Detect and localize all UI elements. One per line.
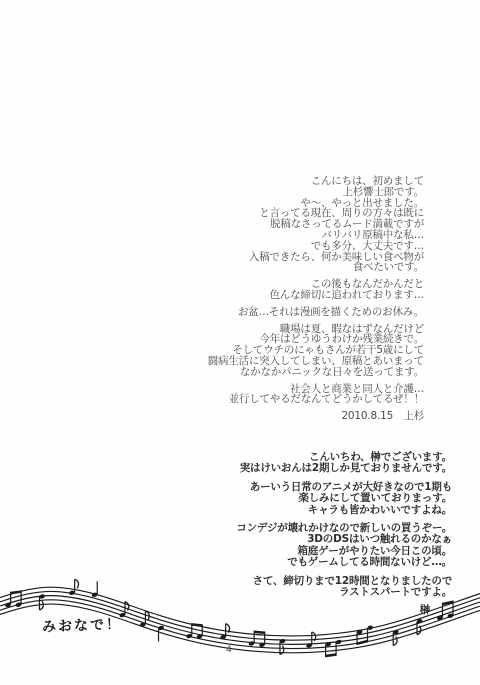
music-note-icon: [279, 638, 286, 654]
text-line: でも多分、大丈夫です…: [208, 241, 424, 252]
text-line: キャラも皆かわいいですよね。: [236, 505, 452, 516]
text-line: お盆…それは漫画を描くためのお休み。: [208, 307, 424, 318]
paragraph: こんいちわ、榊でございます。実はけいおんは2期しか見ておりませんです。: [236, 452, 452, 475]
beamed-notes-icon: [186, 623, 203, 639]
text-line: 楽しみにして置いておりまっす。: [236, 493, 452, 504]
text-line: 実はけいおんは2期しか見ておりませんです。: [236, 463, 452, 474]
text-line: 上杉響士郎です。: [208, 187, 424, 198]
music-note-icon: [392, 629, 399, 645]
music-note-icon: [69, 579, 79, 595]
paragraph: 社会人と商業と同人と介護…並行してやるだなんてどうかしてるぜ！！: [208, 384, 424, 406]
paragraph: 2010.8.15 上杉: [208, 411, 424, 422]
paragraph: こんにちは、初めまして上杉響士郎です。や〜、やっと出せました。と言ってる現在、周…: [208, 176, 424, 273]
paragraph: あーいう日常のアニメが大好きなので1期も楽しみにして置いておりまっす。キャラも皆…: [236, 482, 452, 516]
page-number: 4: [226, 645, 232, 655]
doujinshi-afterword-page: こんにちは、初めまして上杉響士郎です。や〜、やっと出せました。と言ってる現在、周…: [0, 0, 480, 685]
music-note-icon: [91, 581, 98, 597]
music-note-icon: [220, 624, 230, 640]
text-line: 色んな締切に追われております…: [208, 290, 424, 301]
paragraph: 職場は夏、暇なはずなんだけど今年はどうゆうわけか残業続きで。そしてウチのにゃもさ…: [208, 324, 424, 378]
text-line: 並行してやるだなんてどうかしてるぜ！！: [208, 394, 424, 405]
text-line: 食べたいです。: [208, 262, 424, 273]
uesugi-message: こんにちは、初めまして上杉響士郎です。や〜、やっと出せました。と言ってる現在、周…: [208, 176, 424, 428]
text-line: 2010.8.15 上杉: [208, 411, 424, 422]
music-note-icon: [39, 594, 46, 610]
text-line: なかなかパニックな日々を送ってます。: [208, 367, 424, 378]
staff-caption: みおなで！: [42, 614, 123, 637]
paragraph: この後もなんだかんだと色んな締切に追われております…: [208, 279, 424, 301]
paragraph: お盆…それは漫画を描くためのお休み。: [208, 307, 424, 318]
